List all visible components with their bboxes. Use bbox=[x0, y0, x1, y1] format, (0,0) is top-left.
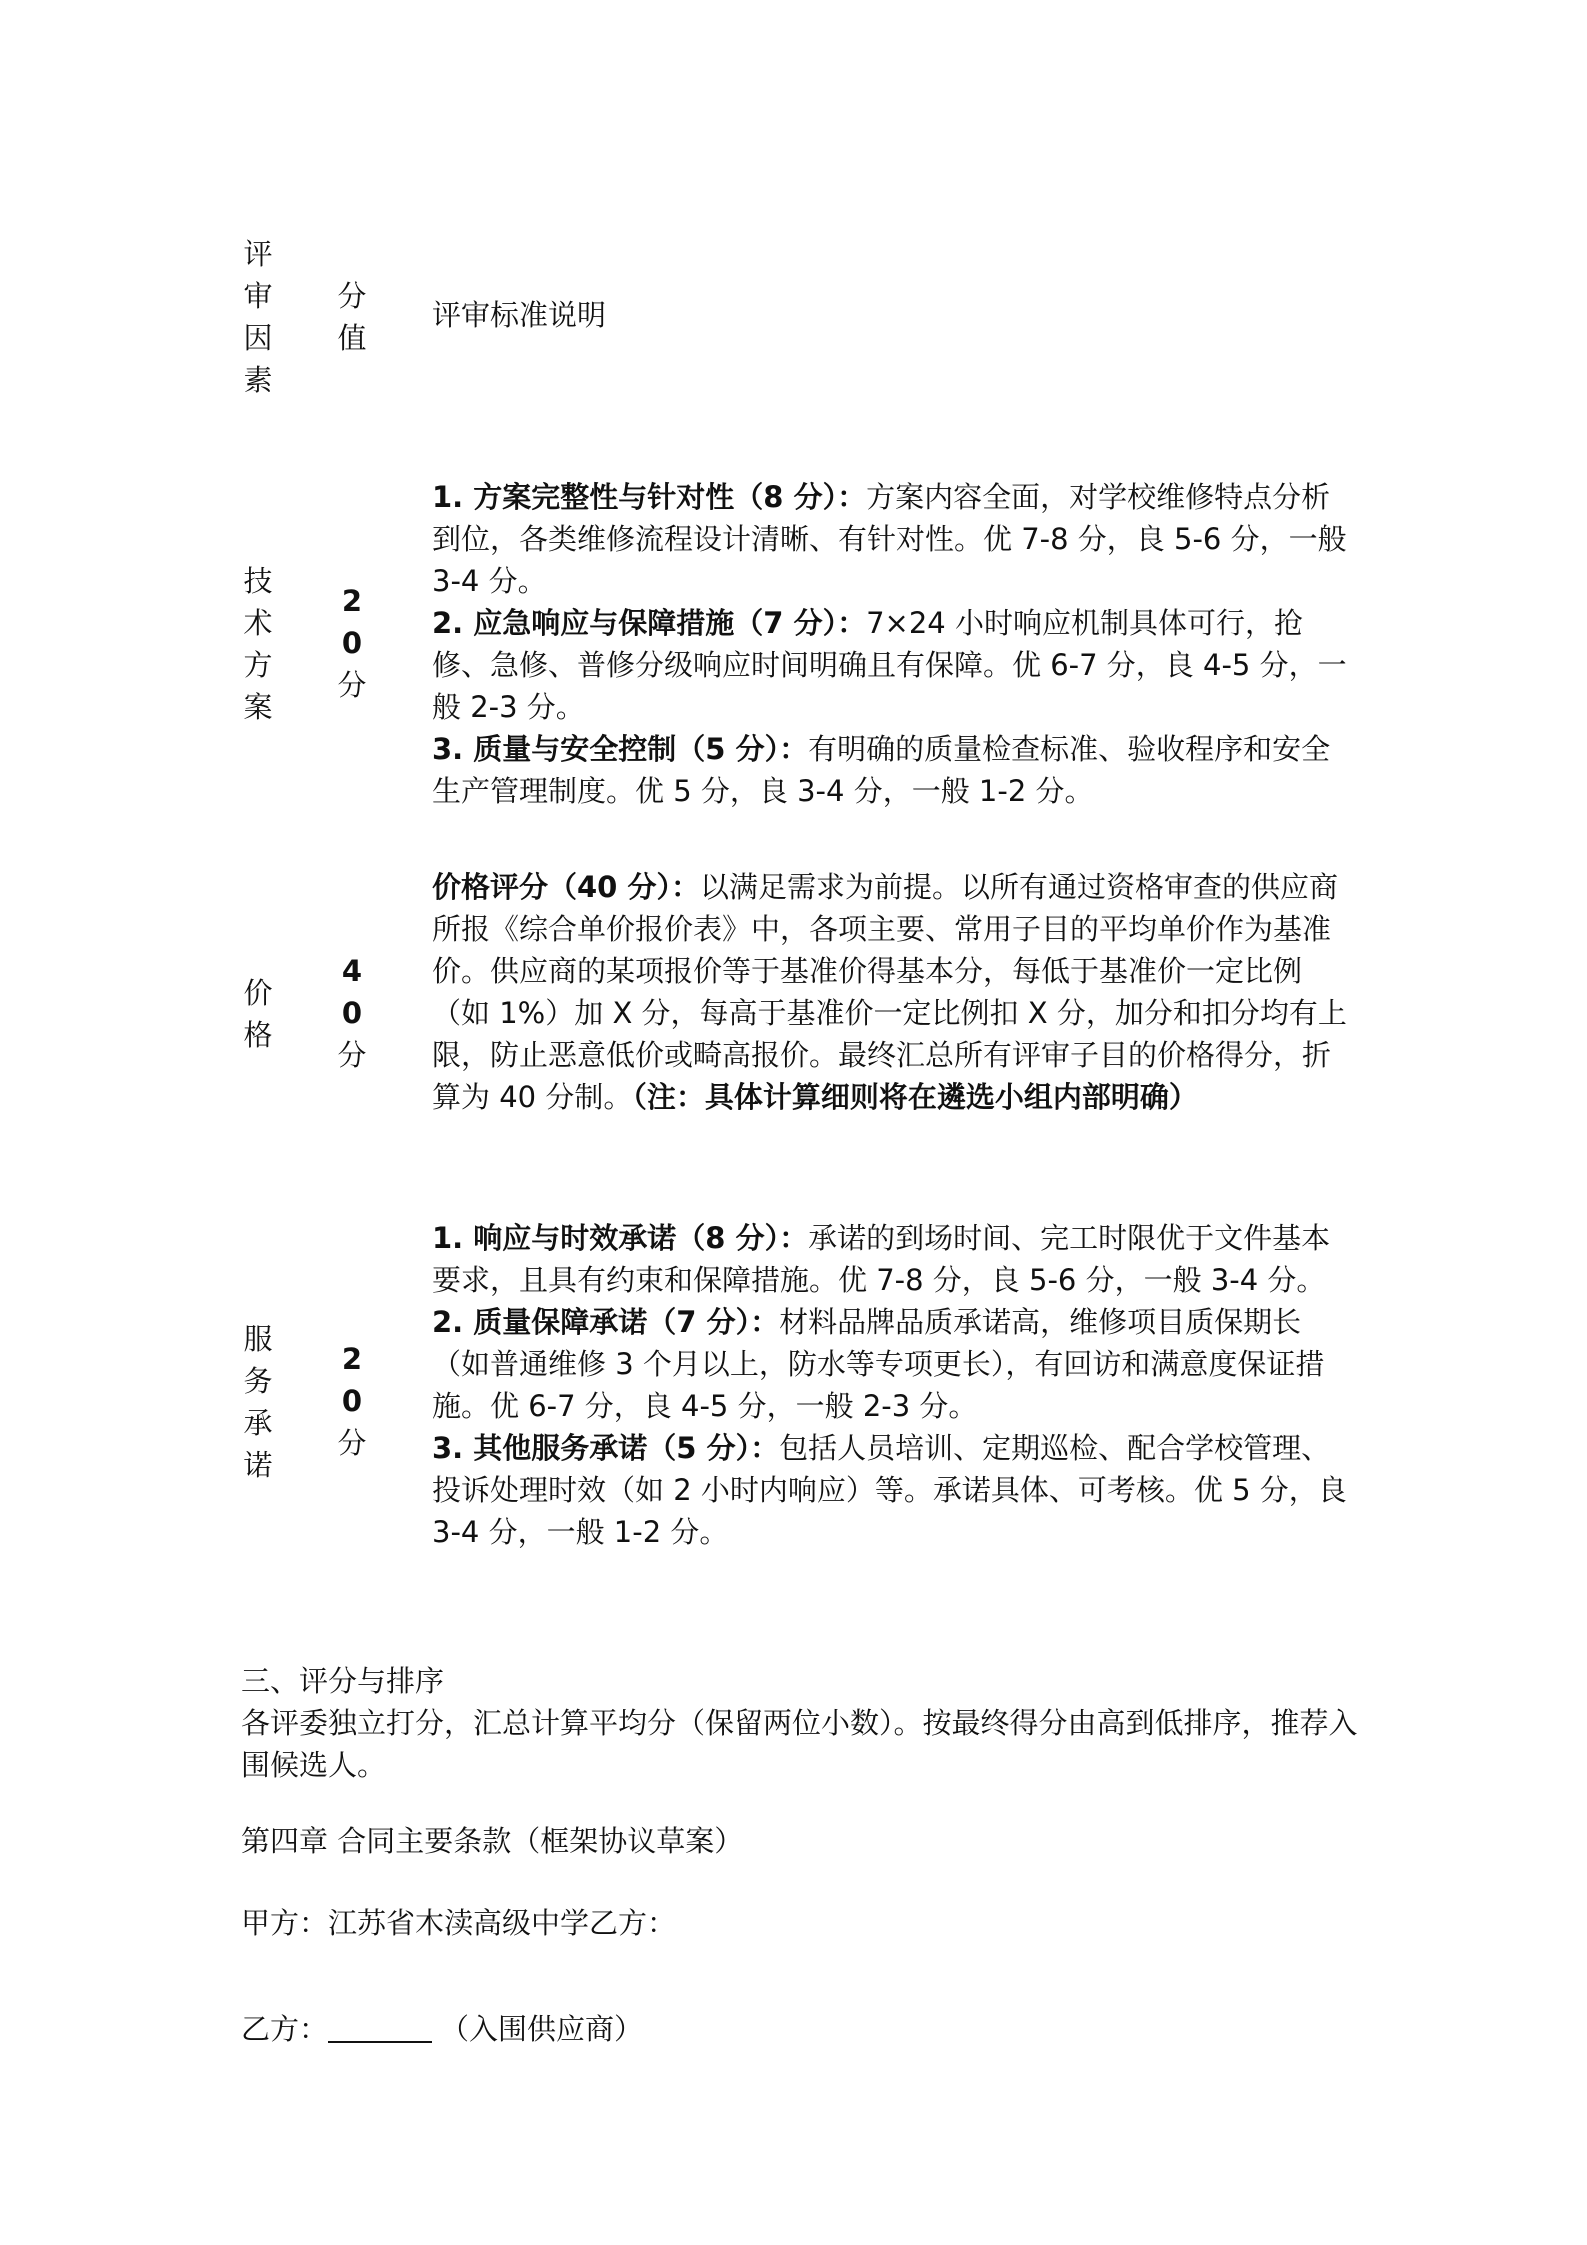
party-b-note: （入围供应商） bbox=[440, 2012, 643, 2046]
factor-char: 服 bbox=[238, 1318, 278, 1360]
section-scoring-ranking: 三、评分与排序 各评委独立打分，汇总计算平均分（保留两位小数）。按最终得分由高到… bbox=[241, 1660, 1361, 1786]
party-b-label: 乙方： bbox=[241, 2012, 328, 2046]
criteria-item-title: 1. 方案完整性与针对性（8 分）： bbox=[432, 480, 866, 514]
row-factor-technical: 技 术 方 案 bbox=[238, 560, 278, 728]
score-unit: 分 bbox=[332, 1034, 372, 1076]
row-score-technical: 2 0 分 bbox=[332, 580, 372, 706]
section-heading: 三、评分与排序 bbox=[241, 1660, 1361, 1702]
criteria-item: 2. 应急响应与保障措施（7 分）：7×24 小时响应机制具体可行，抢修、急修、… bbox=[432, 602, 1357, 728]
criteria-item-text: 以满足需求为前提。以所有通过资格审查的供应商所报《综合单价报价表》中，各项主要、… bbox=[432, 870, 1347, 1114]
criteria-item-title: 3. 其他服务承诺（5 分）： bbox=[432, 1431, 779, 1465]
criteria-item-title: 2. 质量保障承诺（7 分）： bbox=[432, 1305, 779, 1339]
factor-char: 方 bbox=[238, 644, 278, 686]
criteria-item-note: （注：具体计算细则将在遴选小组内部明确） bbox=[632, 1080, 1198, 1114]
criteria-item-title: 1. 响应与时效承诺（8 分）： bbox=[432, 1221, 808, 1255]
header-factor-char: 评 bbox=[238, 233, 278, 275]
factor-char: 术 bbox=[238, 602, 278, 644]
factor-char: 承 bbox=[238, 1402, 278, 1444]
row-factor-service: 服 务 承 诺 bbox=[238, 1318, 278, 1486]
score-char: 0 bbox=[332, 1380, 372, 1422]
chapter-title: 第四章 合同主要条款（框架协议草案） bbox=[241, 1820, 1361, 1862]
party-b-blank[interactable] bbox=[328, 2011, 432, 2043]
party-a-line: 甲方：江苏省木渎高级中学乙方： bbox=[241, 1902, 1361, 1944]
party-a: 甲方：江苏省木渎高级中学乙方： bbox=[241, 1902, 1361, 1944]
header-factor-char: 因 bbox=[238, 317, 278, 359]
row-factor-price: 价 格 bbox=[238, 972, 278, 1056]
score-char: 0 bbox=[332, 992, 372, 1034]
score-unit: 分 bbox=[332, 664, 372, 706]
criteria-item: 价格评分（40 分）：以满足需求为前提。以所有通过资格审查的供应商所报《综合单价… bbox=[432, 866, 1357, 1118]
row-score-service: 2 0 分 bbox=[332, 1338, 372, 1464]
criteria-item-title: 2. 应急响应与保障措施（7 分）： bbox=[432, 606, 866, 640]
party-b-line: 乙方：（入围供应商） bbox=[241, 2008, 1361, 2050]
header-criteria: 评审标准说明 bbox=[432, 293, 606, 334]
row-criteria-price: 价格评分（40 分）：以满足需求为前提。以所有通过资格审查的供应商所报《综合单价… bbox=[432, 866, 1357, 1118]
header-factor-char: 素 bbox=[238, 359, 278, 401]
score-unit: 分 bbox=[332, 1422, 372, 1464]
document-page: 评 审 因 素 分 值 评审标准说明 技 术 方 案 2 0 分 1. 方案完整… bbox=[0, 0, 1587, 2245]
criteria-item-title: 3. 质量与安全控制（5 分）： bbox=[432, 732, 808, 766]
criteria-item-title: 价格评分（40 分）： bbox=[432, 870, 700, 904]
factor-char: 务 bbox=[238, 1360, 278, 1402]
criteria-item: 1. 响应与时效承诺（8 分）：承诺的到场时间、完工时限优于文件基本要求，且具有… bbox=[432, 1217, 1357, 1301]
criteria-item: 2. 质量保障承诺（7 分）：材料品牌品质承诺高，维修项目质保期长（如普通维修 … bbox=[432, 1301, 1357, 1427]
factor-char: 诺 bbox=[238, 1444, 278, 1486]
factor-char: 案 bbox=[238, 686, 278, 728]
factor-char: 格 bbox=[238, 1014, 278, 1056]
factor-char: 技 bbox=[238, 560, 278, 602]
party-b: 乙方：（入围供应商） bbox=[241, 2008, 1361, 2050]
header-score: 分 值 bbox=[332, 275, 372, 359]
header-factor-char: 审 bbox=[238, 275, 278, 317]
score-char: 0 bbox=[332, 622, 372, 664]
score-char: 2 bbox=[332, 580, 372, 622]
row-score-price: 4 0 分 bbox=[332, 950, 372, 1076]
header-factor: 评 审 因 素 bbox=[238, 233, 278, 401]
row-criteria-service: 1. 响应与时效承诺（8 分）：承诺的到场时间、完工时限优于文件基本要求，且具有… bbox=[432, 1217, 1357, 1553]
score-char: 2 bbox=[332, 1338, 372, 1380]
score-char: 4 bbox=[332, 950, 372, 992]
factor-char: 价 bbox=[238, 972, 278, 1014]
criteria-item: 1. 方案完整性与针对性（8 分）：方案内容全面，对学校维修特点分析到位，各类维… bbox=[432, 476, 1357, 602]
header-score-char: 分 bbox=[332, 275, 372, 317]
criteria-item: 3. 其他服务承诺（5 分）：包括人员培训、定期巡检、配合学校管理、投诉处理时效… bbox=[432, 1427, 1357, 1553]
chapter-heading: 第四章 合同主要条款（框架协议草案） bbox=[241, 1820, 1361, 1862]
criteria-item: 3. 质量与安全控制（5 分）：有明确的质量检查标准、验收程序和安全生产管理制度… bbox=[432, 728, 1357, 812]
section-body: 各评委独立打分，汇总计算平均分（保留两位小数）。按最终得分由高到低排序，推荐入围… bbox=[241, 1702, 1361, 1786]
row-criteria-technical: 1. 方案完整性与针对性（8 分）：方案内容全面，对学校维修特点分析到位，各类维… bbox=[432, 476, 1357, 812]
header-score-char: 值 bbox=[332, 317, 372, 359]
